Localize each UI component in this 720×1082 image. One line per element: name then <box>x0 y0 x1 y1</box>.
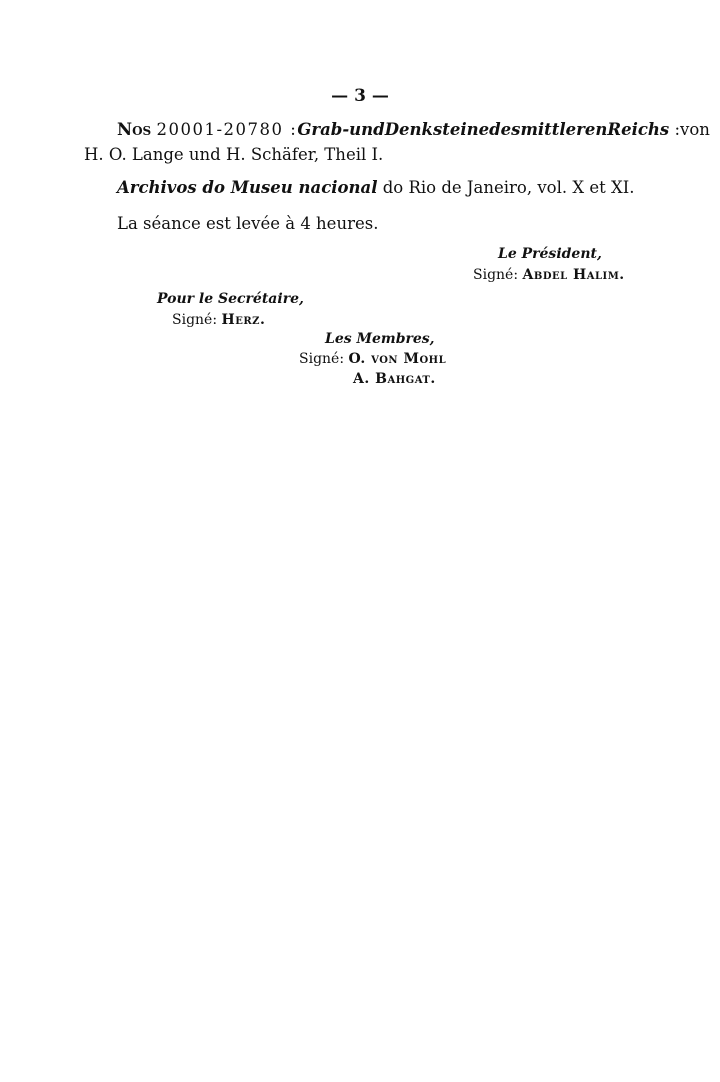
member-name-1: O. von Mohl <box>349 351 447 367</box>
member-name-2: A. Bahgat. <box>353 371 436 387</box>
entry-prefix: Nos <box>117 120 151 139</box>
entry-title-end: Reichs : <box>607 122 680 139</box>
archivos-title: Archivos do Museu nacional <box>117 178 377 197</box>
signe-label: Signé: <box>299 351 344 367</box>
members-signature: Signé: O. von Mohl <box>299 352 446 366</box>
page-number: — 3 — <box>0 88 720 105</box>
archivos-entry: Archivos do Museu nacional do Rio de Jan… <box>117 180 635 197</box>
president-title: Le Président, <box>498 247 602 261</box>
entry-numbers: Nos 20001-20780 : <box>117 122 297 139</box>
member-name-2-line: A. Bahgat. <box>353 372 436 386</box>
secretary-name: Herz. <box>222 312 266 328</box>
entry-title-word: des <box>489 122 520 139</box>
signe-label: Signé: <box>172 312 217 328</box>
president-signature: Signé: Abdel Halim. <box>473 268 625 282</box>
president-name: Abdel Halim. <box>523 267 625 283</box>
entry-title-word: Reichs <box>607 120 669 139</box>
entry-von: von <box>680 122 710 139</box>
entry-number-range: 20001-20780 : <box>156 120 297 139</box>
catalogue-entry-line1: Nos 20001-20780 : Grab-und Denksteine de… <box>117 122 630 139</box>
entry-title-word: Grab-und <box>297 122 384 139</box>
secretary-signature: Signé: Herz. <box>172 313 265 327</box>
signe-label: Signé: <box>473 267 518 283</box>
secretary-title: Pour le Secrétaire, <box>157 292 304 306</box>
catalogue-entry-authors: H. O. Lange und H. Schäfer, Theil I. <box>84 147 383 164</box>
members-title: Les Membres, <box>325 332 435 346</box>
entry-title-word: Denksteine <box>385 122 489 139</box>
archivos-details: do Rio de Janeiro, vol. X et XI. <box>383 178 635 197</box>
entry-title-word: mittleren <box>520 122 607 139</box>
closing-statement: La séance est levée à 4 heures. <box>117 216 378 233</box>
